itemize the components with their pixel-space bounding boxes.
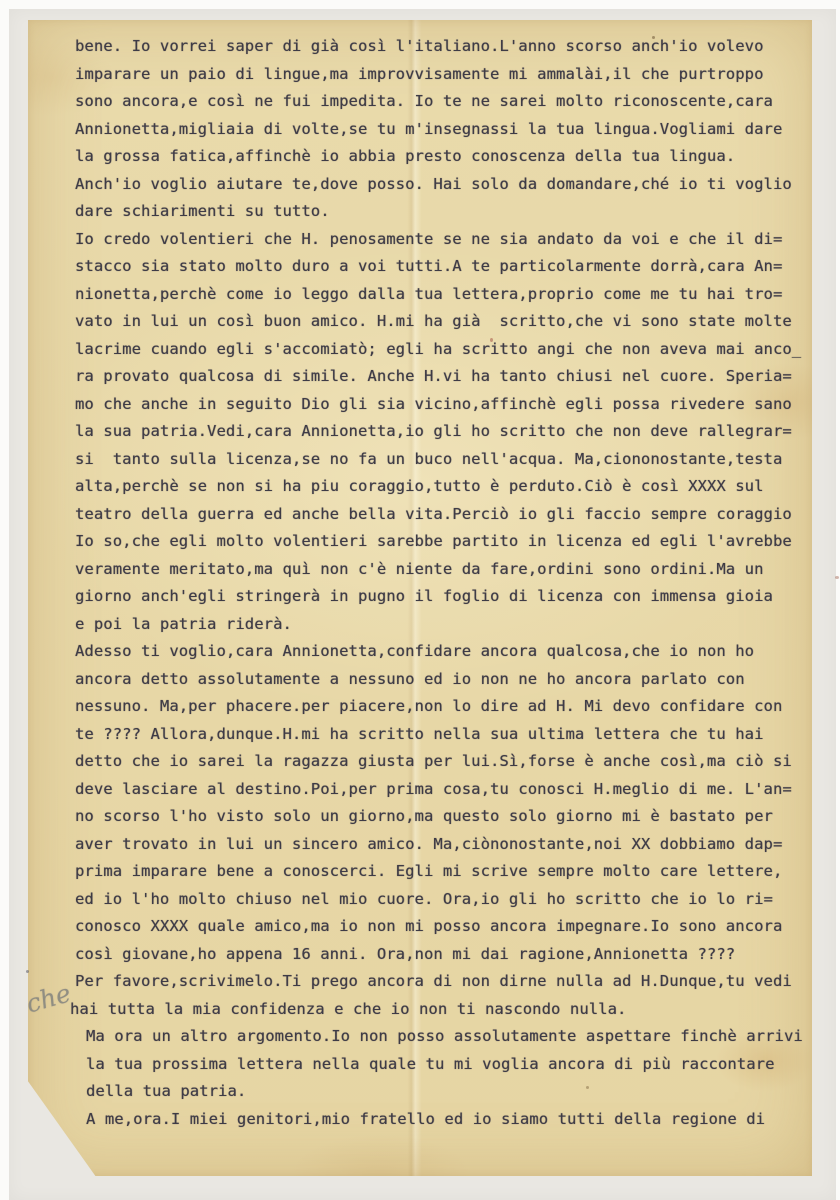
letter-line: così giovane,ho appena 16 anni. Ora,non … bbox=[75, 941, 788, 969]
letter-line: veramente meritato,ma quì non c'è niente… bbox=[75, 556, 788, 584]
letter-line: Anch'io voglio aiutare te,dove posso. Ha… bbox=[75, 171, 788, 199]
letter-line: ra provato qualcosa di simile. Anche H.v… bbox=[75, 363, 788, 391]
scanned-letter-screenshot: { "document": { "kind": "typewritten let… bbox=[0, 0, 840, 1200]
letter-line: alta,perchè se non si ha piu coraggio,tu… bbox=[75, 473, 788, 501]
letter-line: sono ancora,e così ne fui impedita. Io t… bbox=[75, 88, 788, 116]
letter-line: conosco XXXX quale amico,ma io non mi po… bbox=[75, 913, 788, 941]
letter-line: deve lasciare al destino.Poi,per prima c… bbox=[75, 776, 788, 804]
letter-line: bene. Io vorrei saper di già così l'ital… bbox=[75, 33, 788, 61]
letter-line: aver trovato in lui un sincero amico. Ma… bbox=[75, 831, 788, 859]
letter-line: mo che anche in seguito Dio gli sia vici… bbox=[75, 391, 788, 419]
letter-line: Io so,che egli molto volentieri sarebbe … bbox=[75, 528, 788, 556]
letter-line: prima imparare bene a conoscerci. Egli m… bbox=[75, 858, 788, 886]
letter-line: lacrime cuando egli s'accomiatò; egli ha… bbox=[75, 336, 788, 364]
letter-line: della tua patria. bbox=[86, 1078, 788, 1106]
letter-line: la sua patria.Vedi,cara Annionetta,io gl… bbox=[75, 418, 788, 446]
letter-line: Io credo volentieri che H. penosamente s… bbox=[75, 226, 788, 254]
letter-line: nessuno. Ma,per phacere.per piacere,non … bbox=[75, 693, 788, 721]
letter-line: ancora detto assolutamente a nessuno ed … bbox=[75, 666, 788, 694]
letter-line: e poi la patria riderà. bbox=[75, 611, 788, 639]
paper-speck bbox=[835, 576, 839, 579]
letter-line: Adesso ti voglio,cara Annionetta,confida… bbox=[75, 638, 788, 666]
letter-line: teatro della guerra ed anche bella vita.… bbox=[75, 501, 788, 529]
paper-speck bbox=[26, 970, 29, 973]
letter-line: si tanto sulla licenza,se no fa un buco … bbox=[75, 446, 788, 474]
letter-line: Ma ora un altro argomento.Io non posso a… bbox=[86, 1023, 788, 1051]
letter-line: A me,ora.I miei genitori,mio fratello ed… bbox=[86, 1106, 788, 1134]
paper-speck bbox=[490, 338, 493, 342]
letter-line: te ???? Allora,dunque.H.mi ha scritto ne… bbox=[75, 721, 788, 749]
letter-line: no scorso l'ho visto solo un giorno,ma q… bbox=[75, 803, 788, 831]
paper-speck bbox=[652, 36, 655, 39]
letter-line: detto che io sarei la ragazza giusta per… bbox=[75, 748, 788, 776]
letter-line: imparare un paio di lingue,ma improvvisa… bbox=[75, 61, 788, 89]
letter-line: la grossa fatica,affinchè io abbia prest… bbox=[75, 143, 788, 171]
letter-line: Per favore,scrivimelo.Ti prego ancora di… bbox=[75, 968, 788, 996]
letter-line: Annionetta,migliaia di volte,se tu m'ins… bbox=[75, 116, 788, 144]
letter-line: ed io l'ho molto chiuso nel mio cuore. O… bbox=[75, 886, 788, 914]
letter-line: dare schiarimenti su tutto. bbox=[75, 198, 788, 226]
letter-line: la tua prossima lettera nella quale tu m… bbox=[86, 1051, 788, 1079]
letter-line: hai tutta la mia confidenza e che io non… bbox=[70, 996, 788, 1024]
letter-lines: bene. Io vorrei saper di già così l'ital… bbox=[28, 20, 812, 1133]
letter-line: giorno anch'egli stringerà in pugno il f… bbox=[75, 583, 788, 611]
letter-line: stacco sia stato molto duro a voi tutti.… bbox=[75, 253, 788, 281]
letter-line: vato in lui un così buon amico. H.mi ha … bbox=[75, 308, 788, 336]
letter-page: bene. Io vorrei saper di già così l'ital… bbox=[28, 20, 812, 1176]
paper-speck bbox=[586, 1086, 589, 1089]
letter-line: nionetta,perchè come io leggo dalla tua … bbox=[75, 281, 788, 309]
